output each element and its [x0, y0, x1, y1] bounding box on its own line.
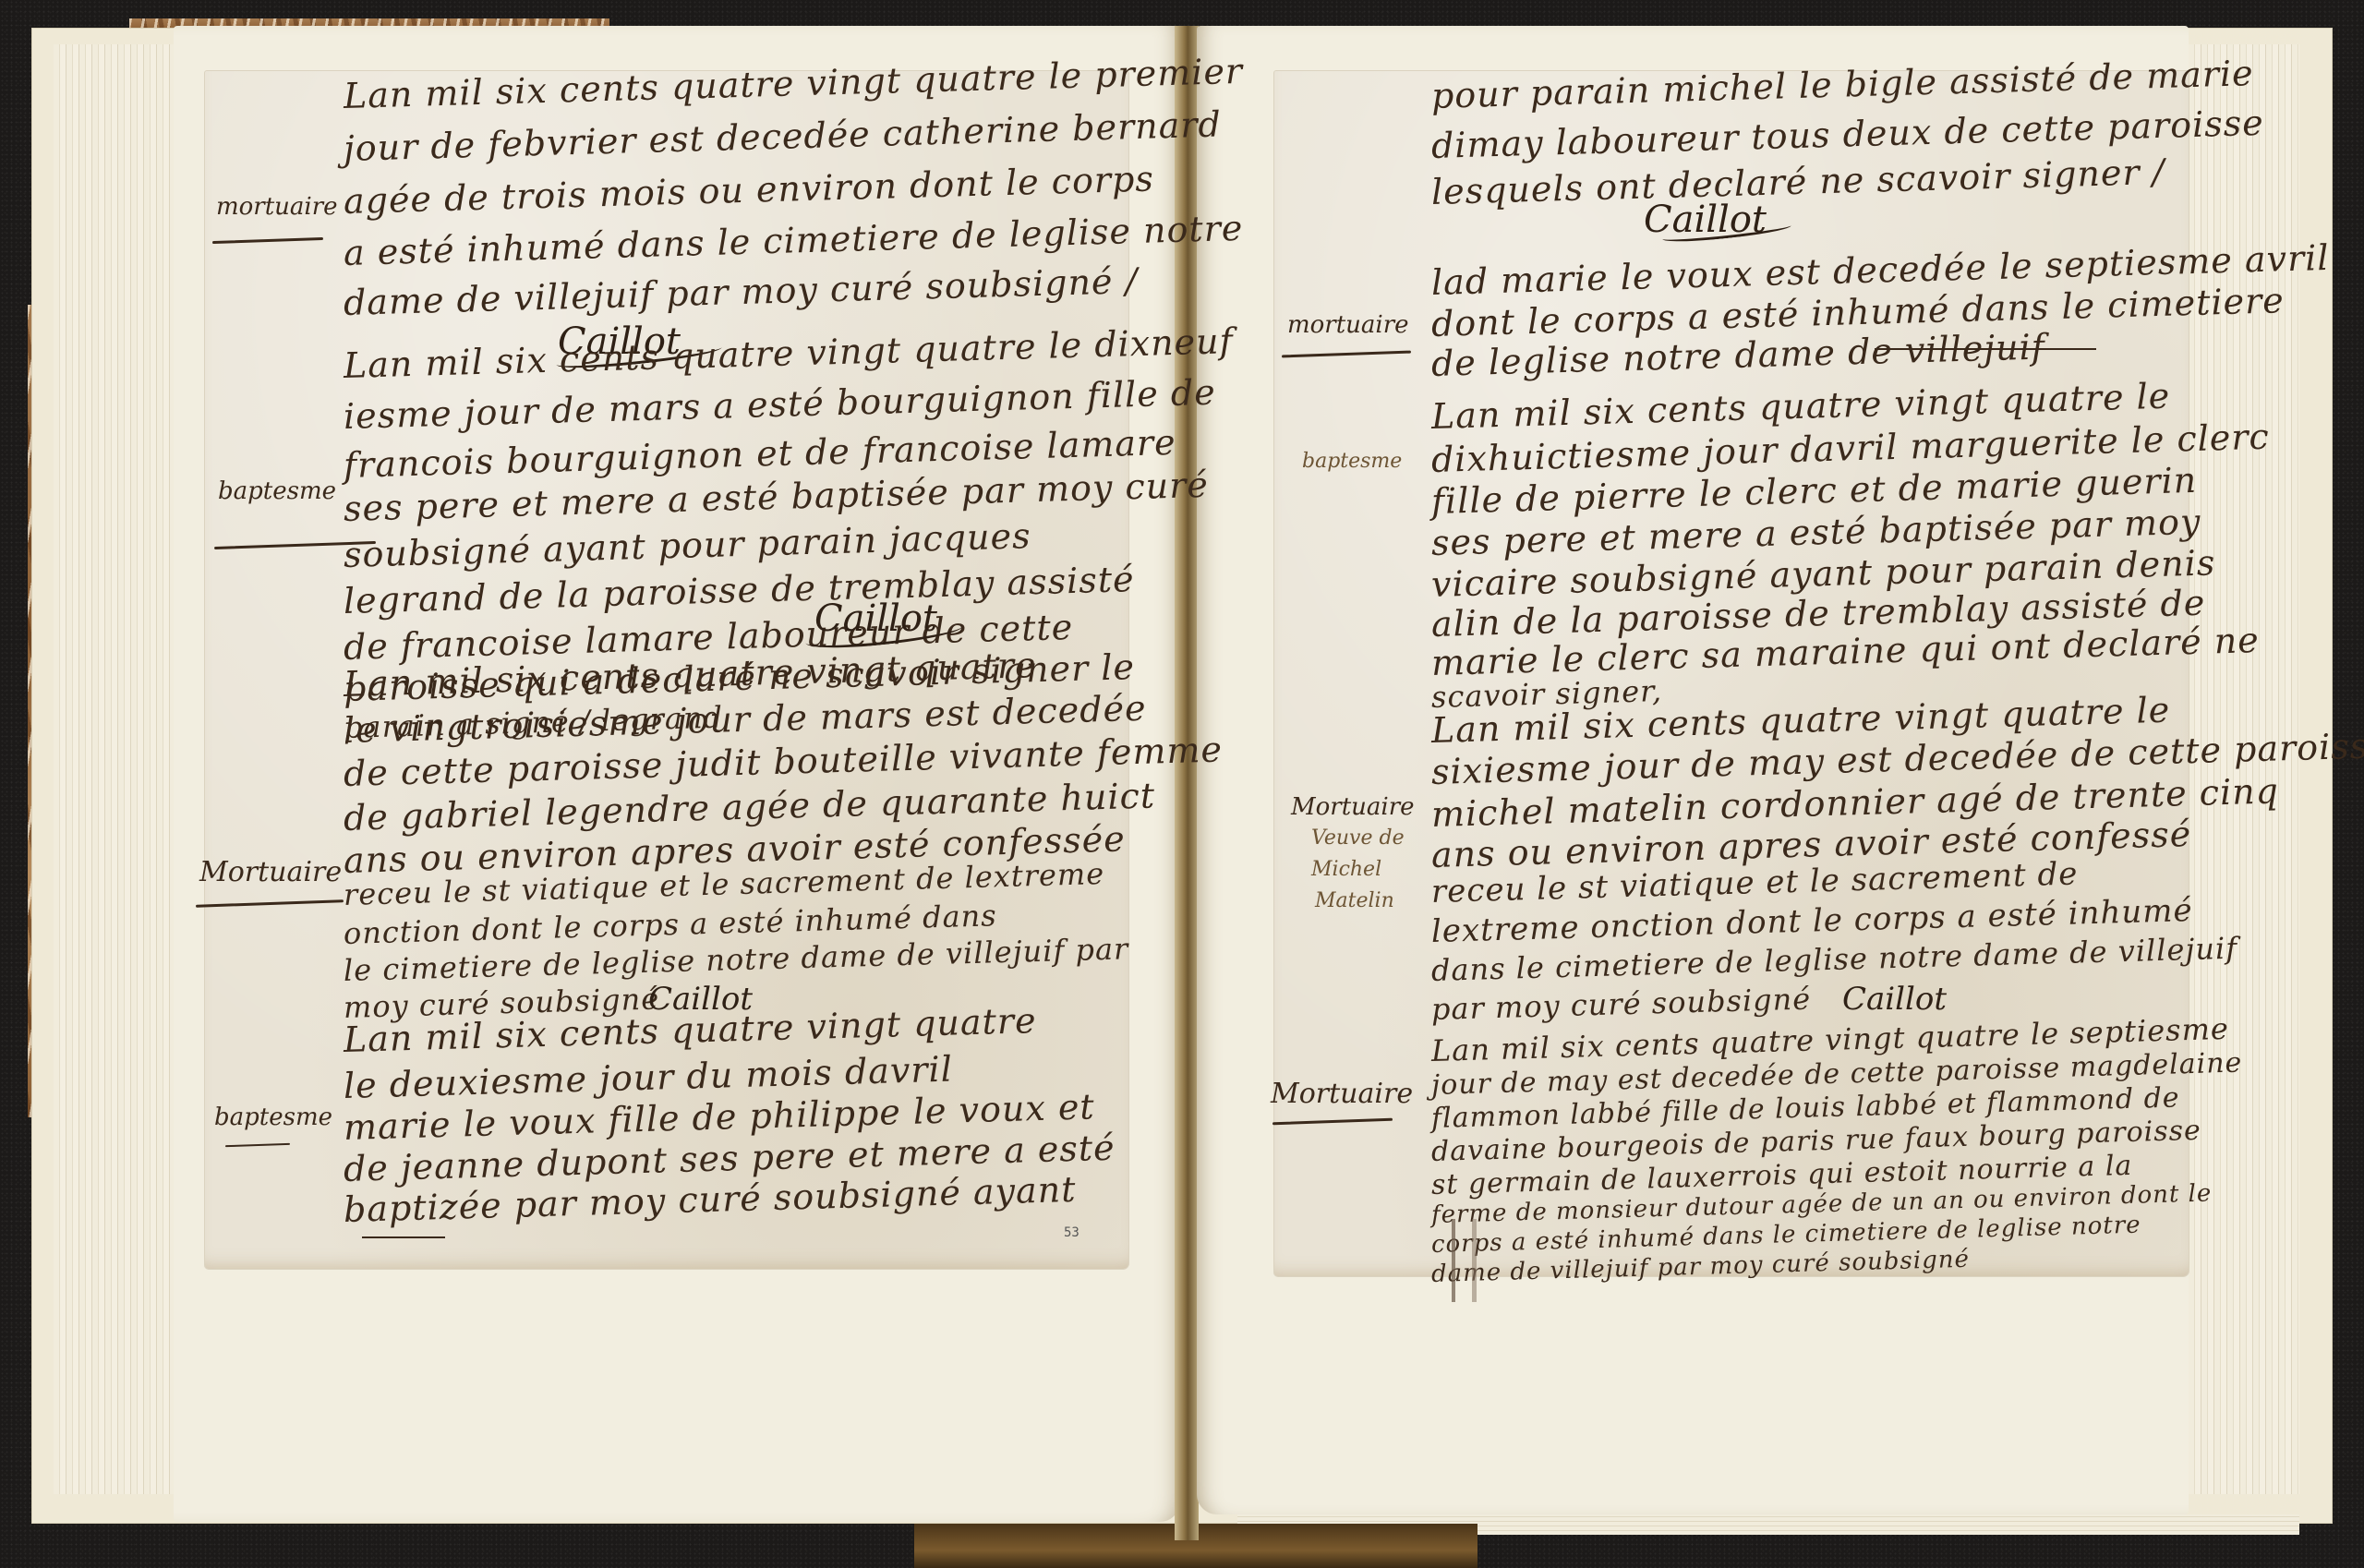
closing-flourish	[362, 1236, 445, 1238]
margin-rule	[1272, 1118, 1393, 1126]
margin-rule	[196, 899, 344, 908]
margin-rule	[212, 237, 323, 244]
margin-note-mortuaire: Mortuaire	[1271, 1078, 1413, 1110]
margin-note-mortuaire: Mortuaire	[199, 856, 342, 888]
line-filler	[1875, 348, 2096, 350]
manuscript-sheet-right: pour parain michel le bigle assisté de m…	[1274, 71, 2189, 1276]
margin-note-baptesme: baptesme	[218, 477, 336, 505]
book-gutter	[1175, 26, 1199, 1540]
entry-line: par moy curé soubsigné	[1431, 984, 1812, 1024]
margin-note-mortuaire: mortuaire	[1287, 311, 1409, 339]
ink-bleed-mark	[1472, 1219, 1477, 1302]
manuscript-sheet-left: mortuaire Lan mil six cents quatre vingt…	[205, 71, 1128, 1269]
margin-rule	[225, 1143, 290, 1147]
entry-line: jour de febvrier est decedée catherine b…	[343, 106, 1222, 166]
margin-rule	[1282, 351, 1411, 358]
margin-note-baptesme: baptesme	[1302, 450, 1402, 473]
ink-bleed-mark	[1452, 1219, 1455, 1302]
margin-note-baptesme: baptesme	[214, 1104, 332, 1131]
page-edges-left	[54, 44, 174, 1494]
margin-note-mortuaire: mortuaire	[216, 193, 338, 221]
margin-sub-note: Michel	[1311, 858, 1381, 881]
margin-note-mortuaire: Mortuaire	[1291, 793, 1415, 821]
entry-line: dame de villejuif par moy curé soubsigné…	[343, 263, 1138, 320]
signature-caillot: Caillot	[1842, 981, 1947, 1018]
entry-line: agée de trois mois ou environ dont le co…	[343, 161, 1154, 219]
folio-number: 53	[1064, 1225, 1079, 1240]
margin-sub-note: Veuve de	[1311, 826, 1405, 850]
margin-sub-note: Matelin	[1315, 889, 1394, 912]
